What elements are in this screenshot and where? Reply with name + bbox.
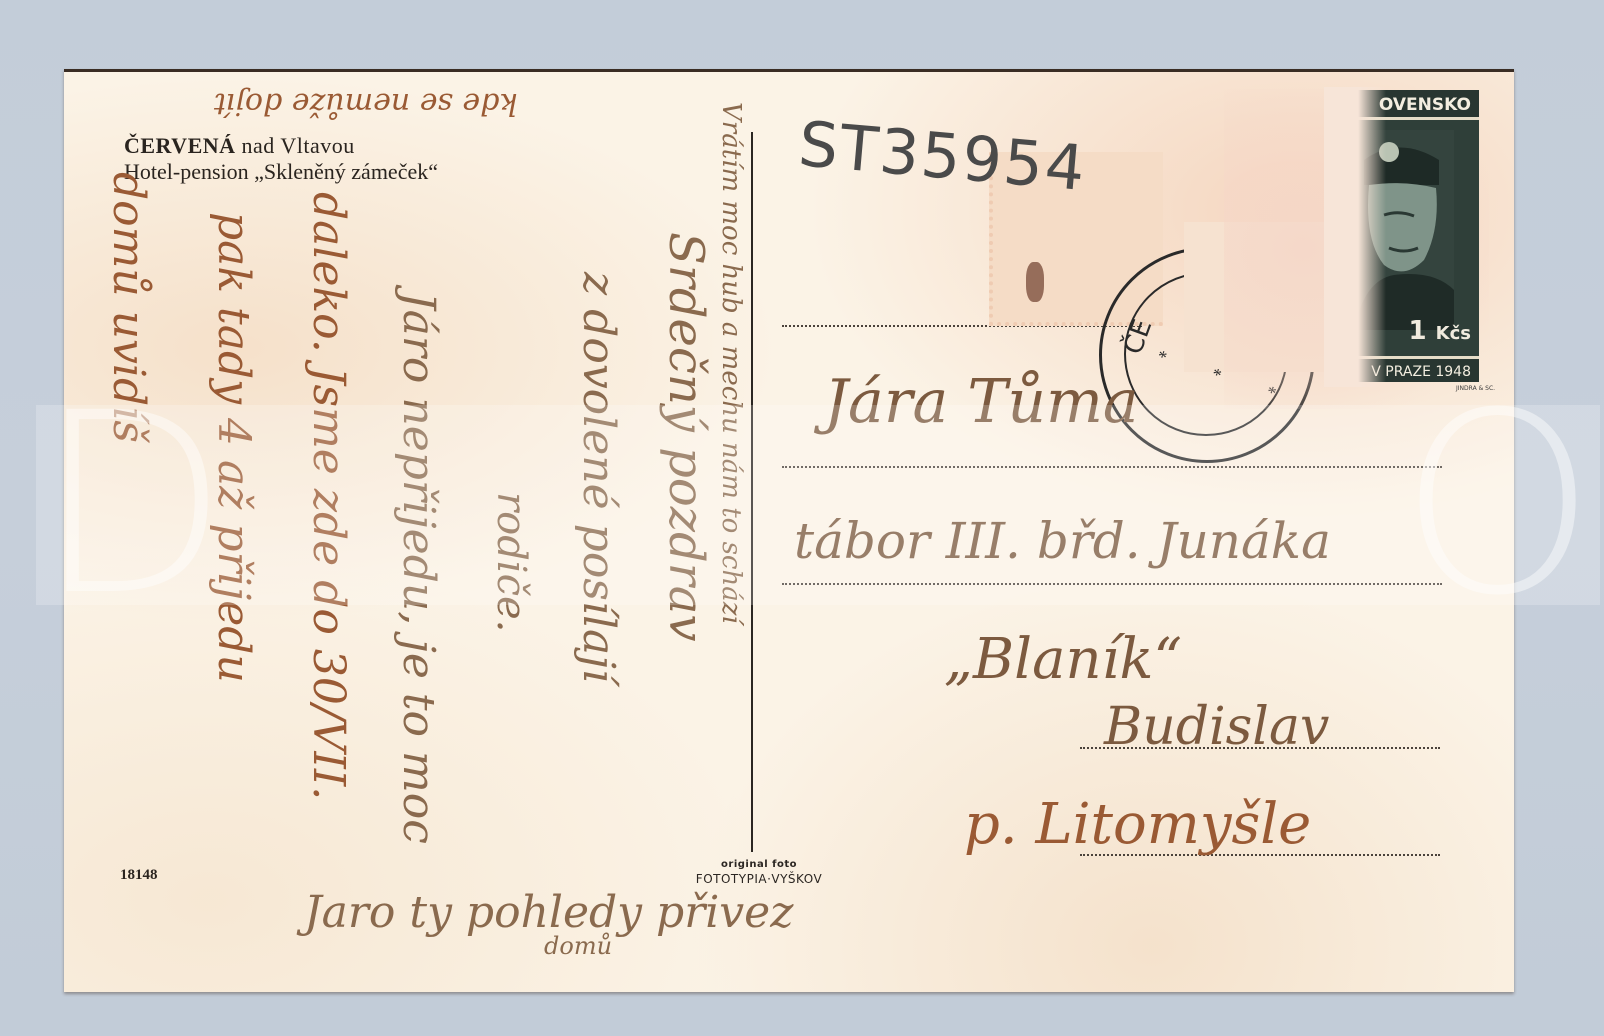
caption-town-rest: nad Vltavou: [236, 133, 355, 158]
caption-hotel: Hotel-pension „Skleněný zámeček“: [124, 159, 438, 185]
serial-number: 18148: [120, 867, 158, 884]
message-top-line: kde se nemůže dojít: [214, 86, 518, 121]
message-column-1: Srdečný pozdrav: [658, 232, 714, 641]
printed-caption: ČERVENÁ nad Vltavou Hotel-pension „Sklen…: [124, 133, 438, 185]
photo-credit: original foto FOTOTYPIA·VYŠKOV: [664, 859, 854, 886]
address-name: Jára Tůma: [824, 367, 1139, 437]
address-line-3: [782, 583, 1442, 585]
address-camp: tábor III. břd. Junáka: [794, 512, 1331, 570]
photo-credit-line1: original foto: [664, 859, 854, 870]
message-margin-note: Vrátím moc hub a mechu nám to schází: [716, 102, 746, 624]
message-column-2: z dovolené posílají: [573, 272, 624, 683]
inventory-number: ST35954: [796, 107, 1090, 205]
center-divider-line: [751, 132, 753, 852]
message-column-3: rodiče.: [488, 492, 534, 632]
address-line-2: [782, 466, 1442, 468]
message-bottom-line-2: domů: [544, 932, 612, 960]
address-town: Budislav: [1104, 697, 1329, 757]
stamp-torn-edge: [1324, 87, 1386, 387]
hinge-stain: [1026, 262, 1044, 302]
stamp-value: 1 Kčs: [1409, 316, 1472, 346]
message-column-6: pak tady 4 až přijedu: [208, 212, 259, 683]
photo-credit-line2: FOTOTYPIA·VYŠKOV: [664, 872, 854, 886]
caption-town: ČERVENÁ: [124, 133, 236, 158]
address-blanik: „Blaník“: [944, 627, 1182, 692]
stamp-engraver: JINDRA & SC.: [1456, 385, 1495, 392]
address-post: p. Litomyšle: [964, 792, 1311, 857]
message-column-5: daleko. Jsme zde do 30/VII.: [303, 192, 354, 800]
message-column-7: domů uvidíš: [103, 172, 154, 443]
message-column-4: Járo nepřijedu, je to moc: [393, 292, 444, 844]
message-bottom-line: Jaro ty pohledy přivez: [304, 887, 793, 938]
postcard-back: ČERVENÁ nad Vltavou Hotel-pension „Sklen…: [64, 69, 1514, 992]
